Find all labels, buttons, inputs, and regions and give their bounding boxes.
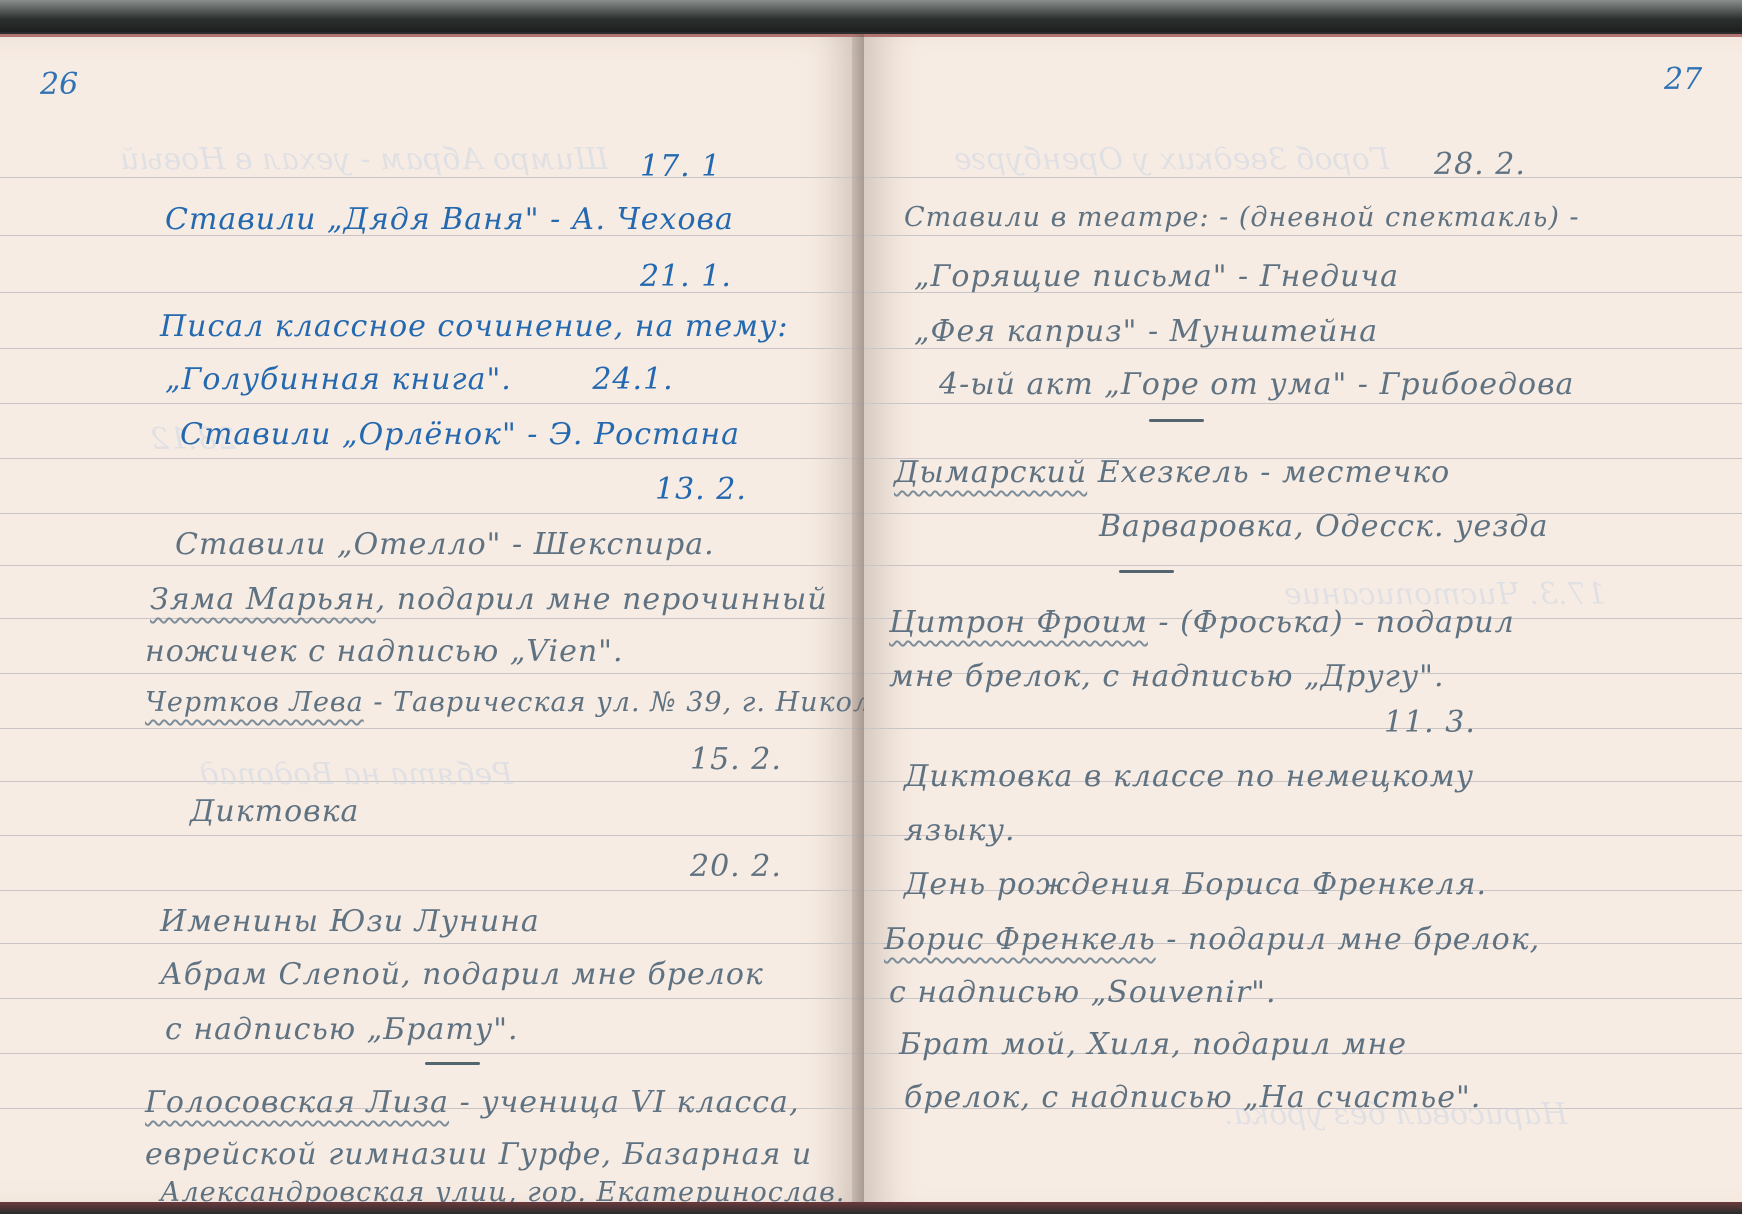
ruled-line (0, 835, 864, 836)
notebook-cover-bottom (0, 1202, 1742, 1214)
entry-line: Цитрон Фроим - (Фроська) - подарил (889, 605, 1515, 640)
ruled-line (0, 292, 864, 293)
entry-line: „Фея каприз" - Мунштейна (914, 314, 1378, 349)
entry-date: 13. 2. (655, 472, 747, 507)
entry-text: - ученица VI класса, (449, 1085, 799, 1120)
ruled-line (864, 235, 1742, 236)
entry-line: Зяма Марьян, подарил мне перочинный (150, 582, 828, 617)
person-name: Борис Френкель (884, 922, 1156, 957)
ruled-line (0, 890, 864, 891)
entry-line: Диктовка (190, 794, 359, 829)
page-number: 26 (40, 67, 78, 102)
separator-dash (425, 1062, 480, 1065)
ruled-line (0, 998, 864, 999)
ruled-line (0, 513, 864, 514)
entry-line: Борис Френкель - подарил мне брелок, (884, 922, 1540, 957)
notebook-cover-top (0, 0, 1742, 32)
bleed-through-text: Ребята на Водопад (200, 757, 513, 792)
entry-line: Голосовская Лиза - ученица VI класса, (145, 1085, 799, 1120)
person-name: Чертков Лева (145, 687, 364, 718)
entry-line: Александровская улиц, гор. Екатеринослав… (160, 1177, 845, 1205)
bleed-through-text: Шимро Абрам - уехал в Новый (120, 142, 608, 177)
entry-line: Ставили „Дядя Ваня" - А. Чехова (165, 202, 734, 237)
entry-date: 15. 2. (690, 742, 782, 777)
entry-date: 20. 2. (690, 849, 782, 884)
entry-line: Дымарский Ехезкель - местечко (894, 455, 1450, 490)
ruled-line (864, 403, 1742, 404)
entry-line: Диктовка в классе по немецкому (904, 759, 1474, 794)
person-name: Дымарский (894, 455, 1087, 490)
ruled-line (0, 673, 864, 674)
page-number: 27 (1664, 62, 1702, 97)
entry-line: языку. (904, 813, 1016, 848)
ruled-line (0, 1053, 864, 1054)
person-name: Цитрон Фроим (889, 605, 1148, 640)
ruled-line (0, 458, 864, 459)
bleed-through-text: Гороб Зведких у Оренбурге (954, 142, 1390, 177)
ruled-line (0, 565, 864, 566)
entry-line: Варваровка, Одесск. уезда (1099, 509, 1548, 544)
entry-line: ножичек с надписью „Vien". (145, 634, 624, 669)
entry-text: , подарил мне перочинный (376, 582, 828, 617)
ruled-line (0, 348, 864, 349)
ruled-line (0, 728, 864, 729)
separator-dash (1149, 419, 1204, 422)
entry-text: „Голубинная книга". (165, 362, 512, 397)
ruled-line (864, 177, 1742, 178)
ruled-line (864, 728, 1742, 729)
entry-line: Ставили в театре: - (дневной спектакль) … (904, 202, 1580, 233)
entry-date: 24.1. (592, 362, 673, 397)
entry-line: брелок, с надписью „На счастье". (904, 1080, 1481, 1115)
ruled-line (0, 943, 864, 944)
entry-date: 21. 1. (640, 259, 732, 294)
entry-line: с надписью „Брату". (165, 1012, 519, 1047)
entry-line: Брат мой, Хиля, подарил мне (899, 1027, 1407, 1062)
entry-line: Писал классное сочинение, на тему: (160, 309, 788, 344)
ruled-line (0, 618, 864, 619)
entry-line: с надписью „Souvenir". (889, 975, 1277, 1010)
ruled-line (0, 177, 864, 178)
entry-text: - (Фроська) - подарил (1148, 605, 1515, 640)
entry-line: День рождения Бориса Френкеля. (904, 867, 1487, 902)
entry-date: 17. 1 (640, 149, 721, 184)
left-page: Шимро Абрам - уехал в Новый 28.12 Ребята… (0, 34, 864, 1205)
entry-date: 11. 3. (1384, 705, 1476, 740)
ruled-line (864, 565, 1742, 566)
entry-line: 4-ый акт „Горе от ума" - Грибоедова (939, 367, 1574, 402)
entry-line: Чертков Лева - Таврическая ул. № 39, г. … (145, 687, 864, 718)
person-name: Голосовская Лиза (145, 1085, 449, 1120)
entry-text: - Таврическая ул. № 39, г. Николаев (364, 687, 864, 718)
person-name: Зяма Марьян (150, 582, 376, 617)
ruled-line (0, 403, 864, 404)
entry-line: Ставили „Орлёнок" - Э. Ростана (180, 417, 740, 452)
entry-date: 28. 2. (1434, 147, 1526, 182)
entry-line: „Голубинная книга". 24.1. (165, 362, 674, 397)
entry-line: Именины Юзи Лунина (160, 904, 540, 939)
entry-text: - подарил мне брелок, (1156, 922, 1540, 957)
entry-line: еврейской гимназии Гурфе, Базарная и (145, 1137, 812, 1172)
entry-line: Ставили „Отелло" - Шекспира. (175, 527, 715, 562)
entry-text: Ехезкель - местечко (1087, 455, 1450, 490)
right-page: Гороб Зведких у Оренбурге 17.3. Чистопис… (864, 34, 1742, 1205)
entry-line: Абрам Слепой, подарил мне брелок (160, 957, 764, 992)
entry-line: „Горящие письма" - Гнедича (914, 259, 1399, 294)
entry-line: мне брелок, с надписью „Другу". (889, 659, 1445, 694)
separator-dash (1119, 570, 1174, 573)
